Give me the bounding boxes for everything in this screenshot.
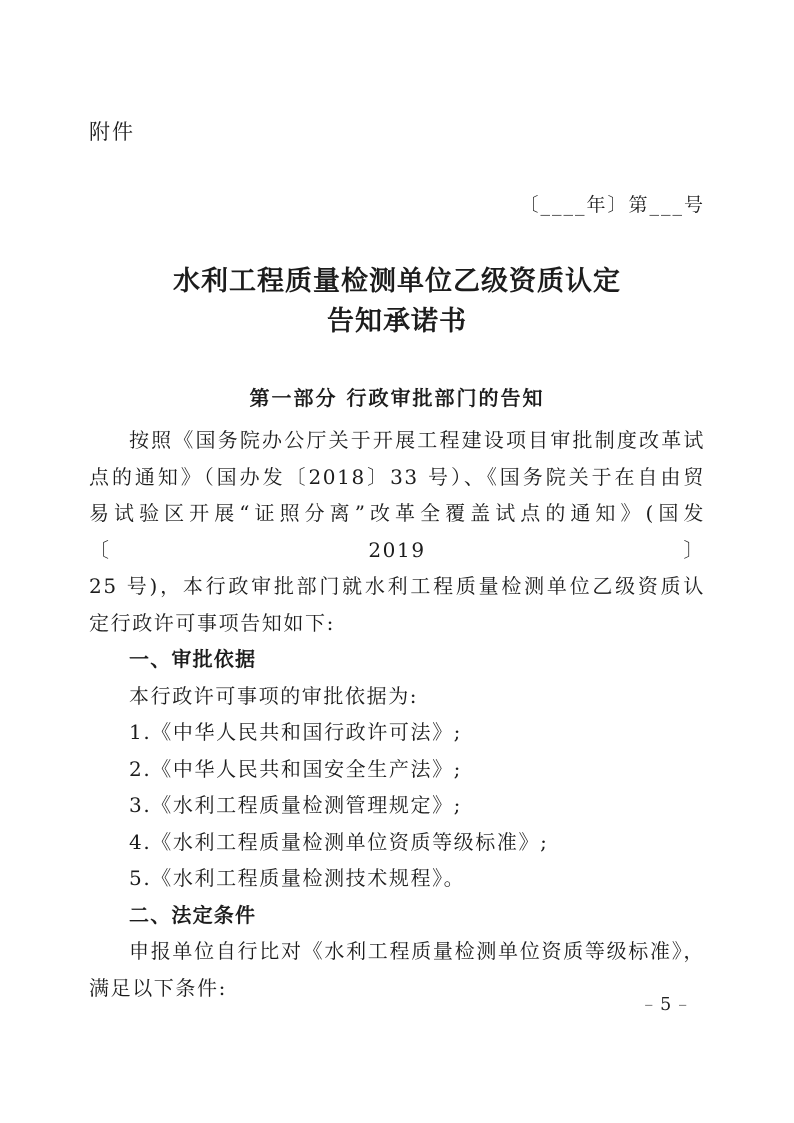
list-item: 3.《水利工程质量检测管理规定》; bbox=[89, 787, 705, 824]
document-title: 水利工程质量检测单位乙级资质认定 告知承诺书 bbox=[89, 262, 705, 342]
intro-paragraph: 按照《国务院办公厅关于开展工程建设项目审批制度改革试 点的通知》（国办发〔201… bbox=[89, 422, 705, 641]
section-2-heading: 二、法定条件 bbox=[89, 897, 705, 934]
section-1-heading: 一、审批依据 bbox=[89, 641, 705, 678]
intro-line: 按照《国务院办公厅关于开展工程建设项目审批制度改革试 bbox=[89, 422, 705, 459]
section-1-lead: 本行政许可事项的审批依据为: bbox=[89, 678, 705, 715]
list-item: 1.《中华人民共和国行政许可法》; bbox=[89, 714, 705, 751]
list-item: 5.《水利工程质量检测技术规程》。 bbox=[89, 860, 705, 897]
document-title-line-2: 告知承诺书 bbox=[89, 302, 705, 342]
section-2-lead: 申报单位自行比对《水利工程质量检测单位资质等级标准》， 满足以下条件: bbox=[89, 933, 705, 1006]
document-body: 按照《国务院办公厅关于开展工程建设项目审批制度改革试 点的通知》（国办发〔201… bbox=[89, 422, 705, 1006]
page-number-dash-left: – bbox=[637, 995, 660, 1015]
page-number-value: 5 bbox=[660, 995, 671, 1015]
page-number-dash-right: – bbox=[671, 995, 694, 1015]
intro-line: 易试验区开展“证照分离”改革全覆盖试点的通知》(国发〔2019〕 bbox=[89, 495, 705, 568]
intro-line: 点的通知》（国办发〔2018〕33 号）、《国务院关于在自由贸 bbox=[89, 459, 705, 496]
section-2-lead-line: 申报单位自行比对《水利工程质量检测单位资质等级标准》， bbox=[89, 933, 705, 970]
document-number: 〔____年〕第___号 bbox=[89, 192, 705, 218]
document-page: 附件 〔____年〕第___号 水利工程质量检测单位乙级资质认定 告知承诺书 第… bbox=[0, 0, 794, 1123]
list-item: 2.《中华人民共和国安全生产法》; bbox=[89, 751, 705, 788]
attachment-label: 附件 bbox=[89, 118, 705, 146]
page-number: –5– bbox=[637, 994, 694, 1016]
legal-basis-list: 1.《中华人民共和国行政许可法》; 2.《中华人民共和国安全生产法》; 3.《水… bbox=[89, 714, 705, 897]
section-2-lead-line: 满足以下条件: bbox=[89, 970, 705, 1007]
intro-line: 25 号)，本行政审批部门就水利工程质量检测单位乙级资质认 bbox=[89, 568, 705, 605]
part-heading: 第一部分 行政审批部门的告知 bbox=[89, 384, 705, 412]
intro-line: 定行政许可事项告知如下: bbox=[89, 605, 705, 642]
document-title-line-1: 水利工程质量检测单位乙级资质认定 bbox=[89, 262, 705, 302]
list-item: 4.《水利工程质量检测单位资质等级标准》; bbox=[89, 824, 705, 861]
